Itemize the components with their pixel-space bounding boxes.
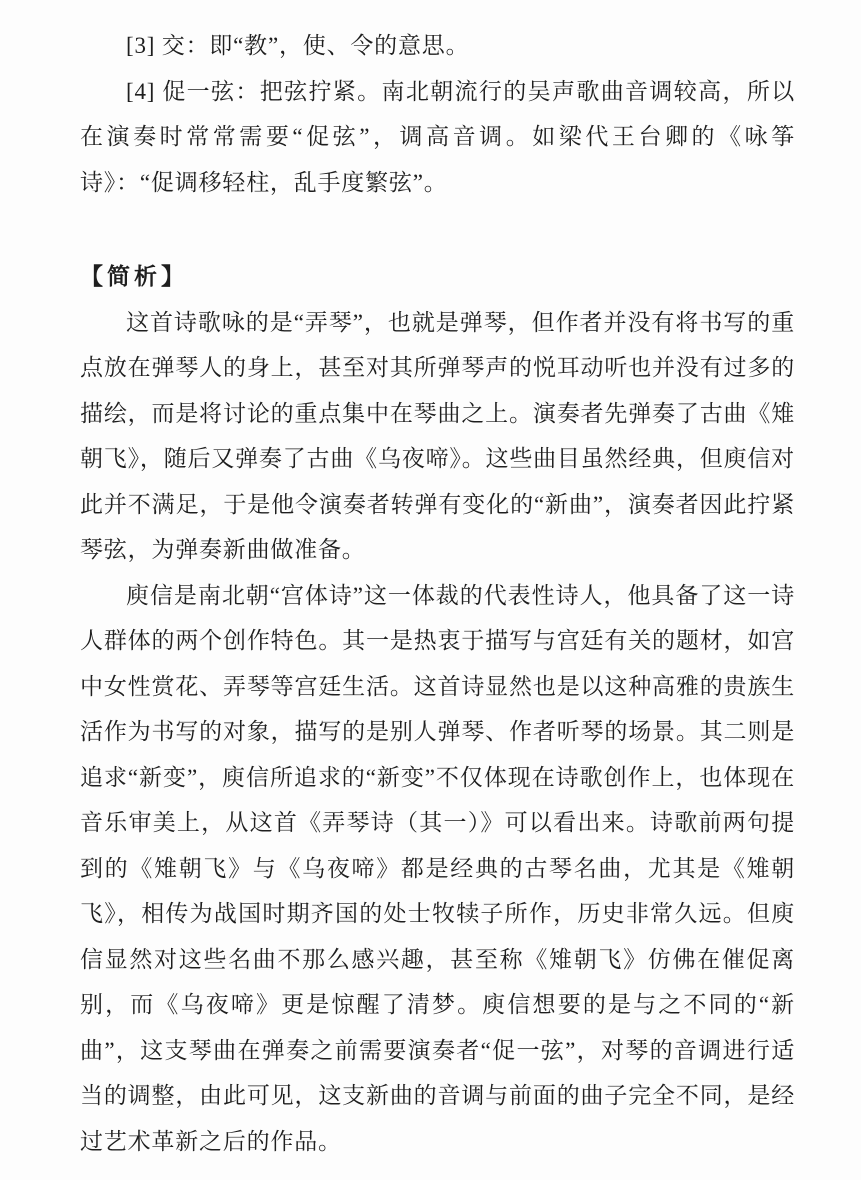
analysis-paragraph-1: 这首诗歌咏的是“弄琴”，也就是弹琴，但作者并没有将书写的重点放在弹琴人的身上，甚… bbox=[80, 300, 795, 573]
annotation-note-4: [4] 促一弦：把弦拧紧。南北朝流行的吴声歌曲音调较高，所以在演奏时常常需要“促… bbox=[80, 69, 795, 206]
annotation-note-3: [3] 交：即“教”，使、令的意思。 bbox=[80, 23, 795, 69]
analysis-section-header: 【简析】 bbox=[80, 254, 795, 300]
document-page: [3] 交：即“教”，使、令的意思。 [4] 促一弦：把弦拧紧。南北朝流行的吴声… bbox=[0, 0, 861, 1180]
analysis-paragraph-2: 庾信是南北朝“宫体诗”这一体裁的代表性诗人，他具备了这一诗人群体的两个创作特色。… bbox=[80, 573, 795, 1165]
